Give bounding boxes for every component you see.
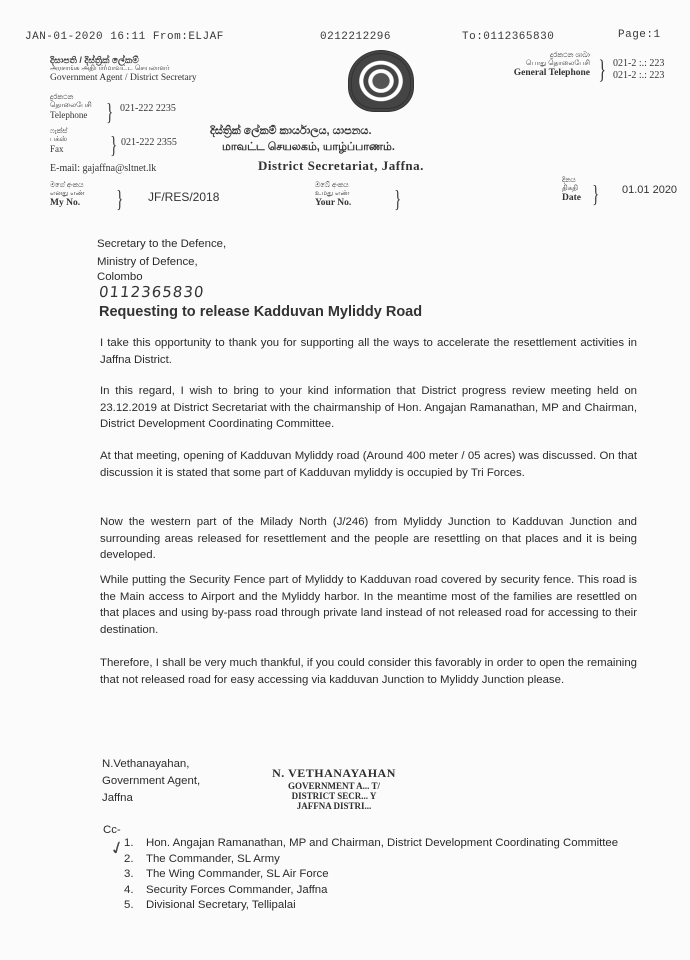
cc-item-number: 4. [124, 883, 134, 899]
national-emblem-logo [348, 50, 414, 112]
subject-heading: Requesting to release Kadduvan Myliddy R… [99, 304, 422, 320]
my-no-label-ta: எனது எண் [50, 190, 120, 198]
cc-item-text: The Wing Commander, SL Air Force [146, 868, 329, 880]
brace-icon: } [106, 98, 113, 128]
your-no-label-ta: உமது எண் [315, 190, 385, 198]
cc-item: 3.The Wing Commander, SL Air Force [124, 867, 624, 883]
paragraph-2: In this regard, I wish to bring to your … [100, 383, 637, 433]
office-name-sinhala: දිස්ත්‍රික් ලේකම් කාර්යාලය, යාපනය. [210, 125, 372, 138]
cc-item-number: 5. [124, 898, 134, 914]
cc-item-number: 1. [124, 836, 134, 852]
general-tel-label-en: General Telephone [478, 68, 590, 78]
recipient-line-1: Secretary to the Defence, [97, 236, 226, 254]
cc-item-number: 3. [124, 867, 134, 883]
general-telephone-1: 021-2 :.: 223 [613, 58, 664, 69]
telephone-value: 021-222 2235 [120, 103, 176, 114]
fax-recipient-number: To:0112365830 [462, 31, 554, 43]
paragraph-6: Therefore, I shall be very much thankful… [100, 655, 637, 688]
title-tamil: அரசாங்க அதிபர்/மாவட்ட செயலாளர் [50, 65, 197, 73]
stamp-line-4: JAFFNA DISTRI... [258, 801, 410, 811]
fax-page-number: Page:1 [618, 29, 661, 41]
paragraph-1: I take this opportunity to thank you for… [100, 335, 637, 368]
handwritten-phone-number: 0112365830 [98, 283, 205, 301]
my-no-label-si: මගේ අංකය [50, 182, 120, 190]
paragraph-5: While putting the Security Fence part of… [100, 572, 637, 638]
brace-icon: } [116, 185, 123, 215]
stamp-line-3: DISTRICT SECR... Y [258, 791, 410, 801]
official-stamp: N. VETHANAYAHAN GOVERNMENT A... T/ DISTR… [258, 766, 410, 811]
office-name-english: District Secretariat, Jaffna. [258, 158, 424, 174]
cc-item-number: 2. [124, 852, 134, 868]
signatory-name: N.Vethanayahan, [102, 756, 200, 773]
cc-item-text: Hon. Angajan Ramanathan, MP and Chairman… [146, 837, 618, 849]
fax-sender-number: 0212212296 [320, 31, 391, 43]
brace-icon: } [110, 131, 117, 161]
cc-item-text: Security Forces Commander, Jaffna [146, 884, 327, 896]
your-no-label-si: ඔබේ අංකය [315, 182, 385, 190]
cc-item: 2.The Commander, SL Army [124, 852, 624, 868]
cc-item: 5.Divisional Secretary, Tellipalai [124, 898, 624, 914]
title-english: Government Agent / District Secretary [50, 73, 197, 83]
office-name-tamil: மாவட்ட செயலகம், யாழ்ப்பாணம். [222, 141, 395, 155]
your-no-label: ඔබේ අංකය உமது எண் Your No. [315, 182, 385, 208]
your-no-label-en: Your No. [315, 198, 385, 208]
date-value: 01.01 2020 [622, 184, 677, 196]
cc-item: 4.Security Forces Commander, Jaffna [124, 883, 624, 899]
my-no-label: මගේ අංකය எனது எண் My No. [50, 182, 120, 208]
my-no-label-en: My No. [50, 198, 120, 208]
signatory-title: Government Agent, [102, 773, 200, 790]
general-telephone-label: දුරකථන ශාඛා பொது தொலைபேசி General Teleph… [478, 52, 590, 78]
general-tel-label-ta: பொது தொலைபேசி [478, 60, 590, 68]
paragraph-4: Now the western part of the Milady North… [100, 514, 637, 564]
cc-item-text: Divisional Secretary, Tellipalai [146, 899, 296, 911]
stamp-line-2: GOVERNMENT A... T/ [258, 781, 410, 791]
cc-list: 1.Hon. Angajan Ramanathan, MP and Chairm… [124, 836, 624, 914]
fax-value: 021-222 2355 [121, 137, 177, 148]
recipient-line-2: Ministry of Defence, [97, 254, 226, 272]
brace-icon: } [598, 55, 605, 85]
brace-icon: } [592, 180, 599, 210]
letterhead-title-block: දිසාපති / දිස්ත්‍රික් ලේකම් அரசாங்க அதிப… [50, 55, 197, 83]
fax-datetime-from: JAN-01-2020 16:11 From:ELJAF [25, 31, 224, 43]
signatory-place: Jaffna [102, 790, 200, 807]
recipient-line-3: Colombo [97, 271, 226, 283]
general-tel-label-si: දුරකථන ශාඛා [478, 52, 590, 60]
stamp-line-1: N. VETHANAYAHAN [258, 766, 410, 781]
email-address[interactable]: E-mail: gajaffna@sltnet.lk [50, 163, 156, 174]
title-sinhala: දිසාපති / දිස්ත්‍රික් ලේකම් [50, 55, 197, 65]
cc-item: 1.Hon. Angajan Ramanathan, MP and Chairm… [124, 836, 624, 852]
my-no-value: JF/RES/2018 [148, 190, 219, 204]
paragraph-3: At that meeting, opening of Kadduvan Myl… [100, 448, 637, 481]
signature-block: N.Vethanayahan, Government Agent, Jaffna [102, 756, 200, 807]
brace-icon: } [394, 185, 401, 215]
recipient-address: Secretary to the Defence, Ministry of De… [97, 236, 226, 283]
general-telephone-2: 021-2 :.: 223 [613, 70, 664, 81]
cc-item-text: The Commander, SL Army [146, 853, 280, 865]
